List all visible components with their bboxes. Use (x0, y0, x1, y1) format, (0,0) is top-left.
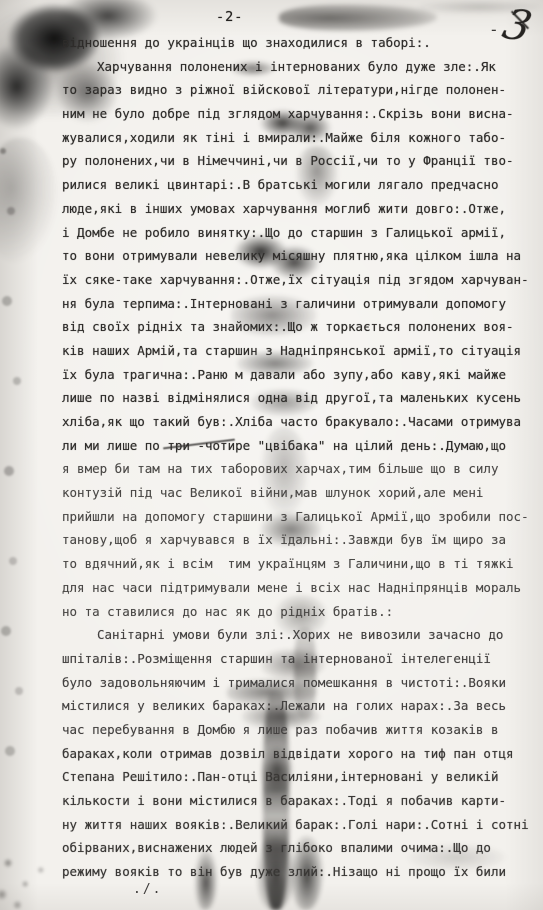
text-line: для нас часи підтримували мене і всіх на… (62, 576, 540, 600)
text-line: обірваних,виснажених людей з глібоко впа… (62, 836, 540, 860)
text-line: їх сяке-таке харчування:.Отже,їх сітуаці… (62, 268, 540, 292)
text-line: їх була трагична:.Раню м давали або зупу… (62, 363, 540, 387)
text-line: то зараз видно з ріжної війскової літера… (62, 78, 540, 102)
text-line: відношення до украінців що знаходилися в… (62, 31, 540, 55)
text-line: ним не було добре під зглядом харчування… (62, 102, 540, 126)
text-line: ня була терпима:.Інтерновані з галичини … (62, 292, 540, 316)
text-line: контузій під час Великої війни,мав шлуно… (62, 481, 540, 505)
text-line: від своїх рідніх та знайомих:.Що ж торка… (62, 315, 540, 339)
text-line: Харчування полонених і інтернованих було… (62, 55, 540, 79)
text-line: лише по назві відмінялися одна від друго… (62, 386, 540, 410)
text-line: прийшли на допомогу старшини з Галицької… (62, 505, 540, 529)
text-line: хліба,як що такий був:.Хліба часто браку… (62, 410, 540, 434)
continuation-mark: ./. (133, 882, 162, 897)
text-line: но та ставилися до нас як до рідніх брат… (62, 600, 540, 624)
text-line: я вмер би там на тих таборових харчах,ти… (62, 457, 540, 481)
scanned-page: -2- - 3 відношення до украінців що знахо… (0, 0, 543, 910)
ink-smudge (279, 4, 437, 31)
text-line: кількости і вони містилися в бараках:.То… (62, 789, 540, 813)
text-line: то вдячний,як і всім тим українцям з Гал… (62, 552, 540, 576)
speckle-column (0, 148, 6, 154)
text-line: танову,щоб я харчувався в їх їдальні:.За… (62, 528, 540, 552)
text-line: Степана Решітило:.Пан-отці Василіяни,інт… (62, 765, 540, 789)
text-line: жувалися,ходили як тіні і вмирали:.Майже… (62, 126, 540, 150)
text-line: то вони отримували невелику місяшну плят… (62, 244, 540, 268)
text-line: бараках,коли отримав дозвіл відвідати хо… (62, 742, 540, 766)
page-number: -2- (216, 9, 243, 25)
text-line: рилися великі цвинтарі:.В братські могил… (62, 173, 540, 197)
text-line: шпіталів:.Розміщення старшин та інтернов… (62, 647, 540, 671)
text-line: люде,які в інших умовах харчування могли… (62, 197, 540, 221)
text-line: було задовольняючим і трималися помешкан… (62, 671, 540, 695)
ink-stain (0, 138, 58, 263)
text-line: ру полонених,чи в Німеччині,чи в Россії,… (62, 149, 540, 173)
text-line: ли ми лише по три -чотире "цвібака" на ц… (62, 434, 540, 458)
text-line: час перебування в Домбю я лише раз побач… (62, 718, 540, 742)
text-line: містилися у великих бараках:.Лежали на г… (62, 694, 540, 718)
text-line: ну життя наших вояків:.Великий барак:.Го… (62, 813, 540, 837)
text-line: Санітарні умови були злі:.Хорих не вивоз… (62, 623, 540, 647)
text-line: режиму вояків то він був дуже злий:.Ніза… (62, 860, 540, 884)
text-line: ків наших Армій,та старшин з Надніпрянсь… (62, 339, 540, 363)
typewritten-text: відношення до украінців що знаходилися в… (62, 31, 540, 884)
text-line: і Домбе не робило винятку:.Що до старшин… (62, 221, 540, 245)
